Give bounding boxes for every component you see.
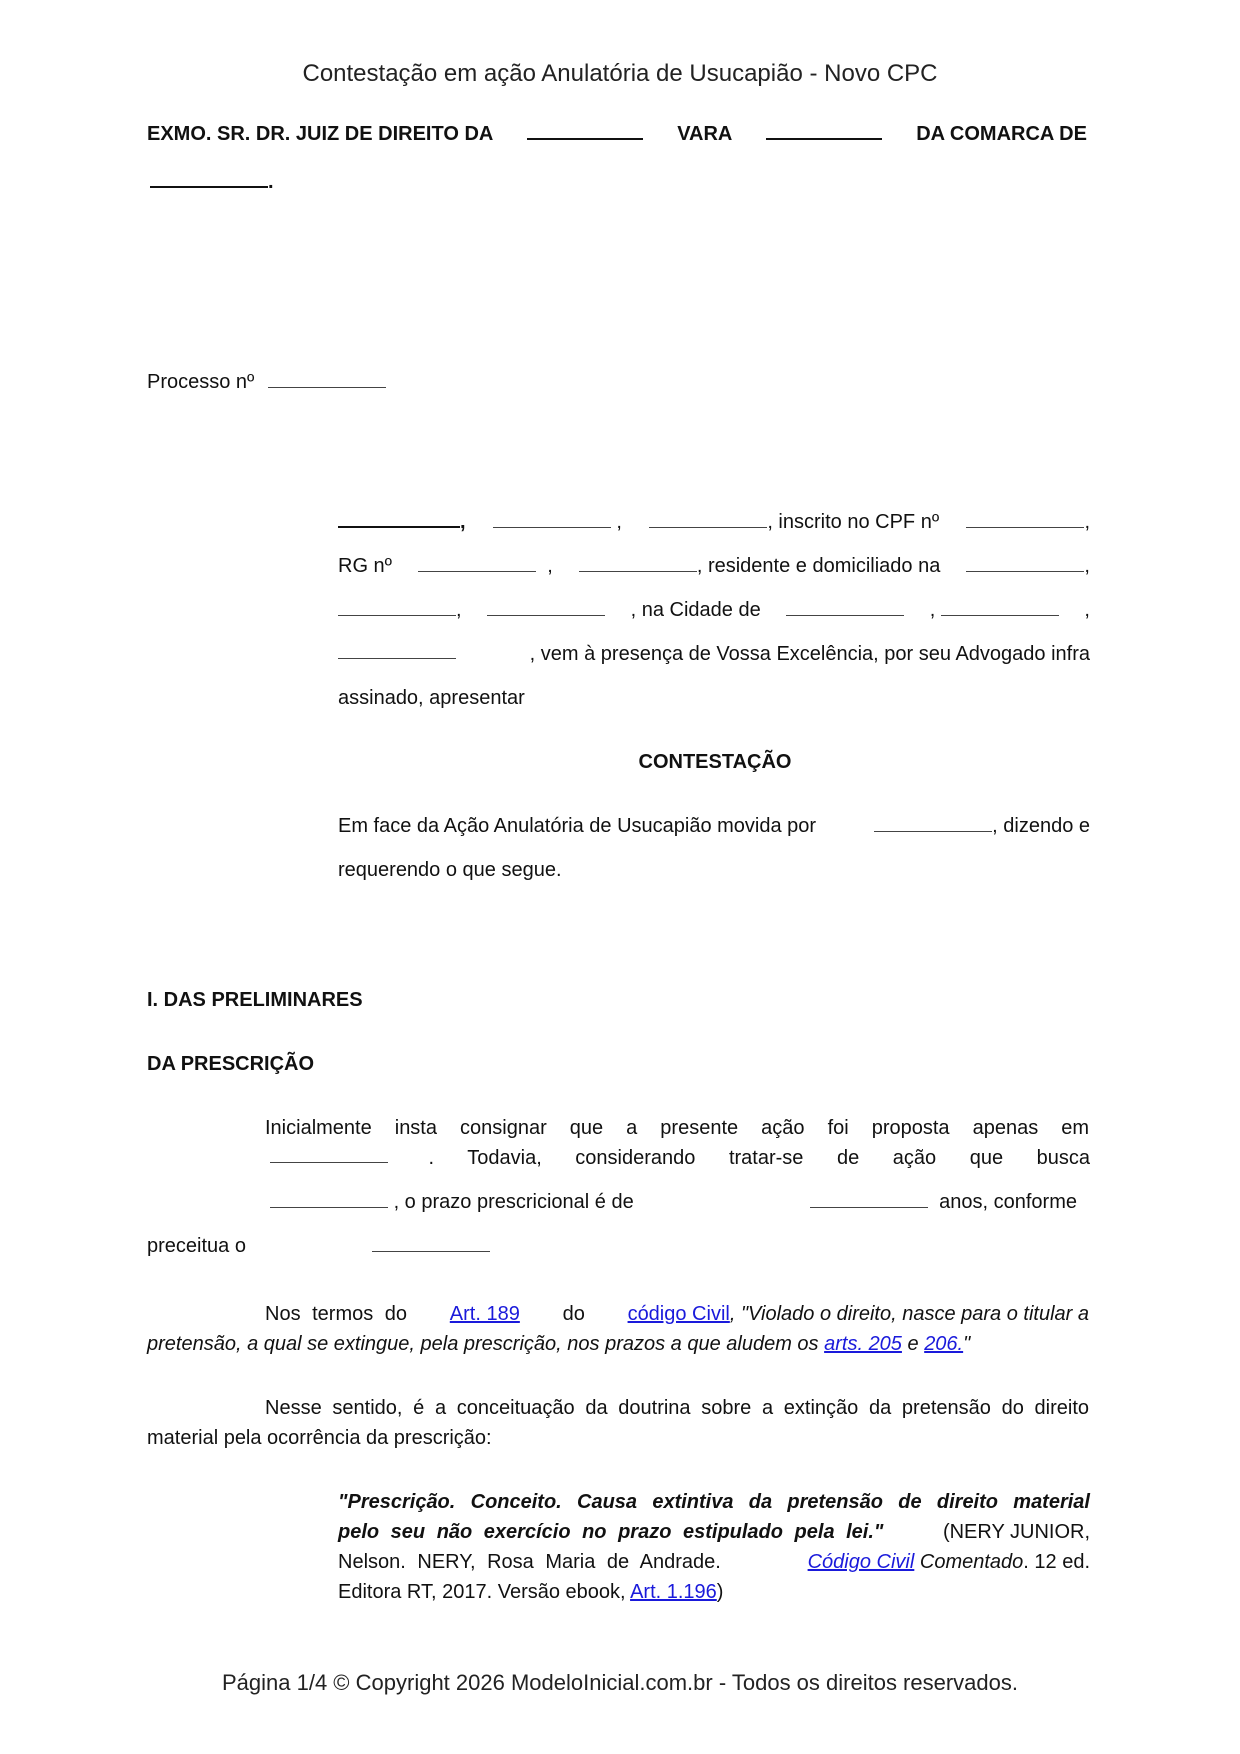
blank-field[interactable] <box>810 1189 928 1208</box>
doutrina-line-2: material pela ocorrência da prescrição: <box>147 1424 492 1452</box>
text: RG nº <box>338 552 392 580</box>
blank-field[interactable] <box>150 168 268 188</box>
link-art-1196[interactable]: Art. 1.196 <box>630 1581 717 1603</box>
text: Comentado <box>920 1551 1023 1573</box>
blank-field[interactable] <box>338 640 456 659</box>
face-line-2: requerendo o que segue. <box>338 856 562 884</box>
section-heading: I. DAS PRELIMINARES <box>147 986 363 1014</box>
doutrina-line-1: Nesse sentido, é a conceituação da doutr… <box>265 1394 1089 1422</box>
text: Editora RT, 2017. Versão ebook, <box>338 1581 626 1603</box>
quote-text: , "Violado o direito, nasce para o titul… <box>730 1303 1089 1325</box>
blank-field[interactable] <box>270 1144 388 1163</box>
addressee-line-2: . <box>150 168 274 196</box>
blank-field[interactable] <box>649 509 767 528</box>
page-footer: Página 1/4 © Copyright 2026 ModeloInicia… <box>0 1670 1240 1696</box>
text: Nos termos do <box>265 1300 407 1328</box>
process-number-field[interactable] <box>268 369 386 388</box>
subsection-heading: DA PRESCRIÇÃO <box>147 1050 314 1078</box>
qualification-line-4: , vem à presença de Vossa Excelência, po… <box>338 640 1090 668</box>
blank-field[interactable] <box>270 1189 388 1208</box>
face-line-1: Em face da Ação Anulatória de Usucapião … <box>338 812 1090 840</box>
text: Inicialmente insta consignar que a prese… <box>265 1114 1089 1142</box>
link-codigo-civil[interactable]: código Civil <box>628 1303 730 1325</box>
blank-field[interactable] <box>766 120 882 140</box>
art189-line-1: Nos termos do Art. 189 do código Civil, … <box>265 1300 1089 1328</box>
blank-field[interactable] <box>487 597 605 616</box>
qualification-line-5: assinado, apresentar <box>338 684 525 712</box>
text: (NERY JUNIOR, <box>943 1518 1090 1546</box>
blank-field[interactable] <box>579 553 697 572</box>
blank-field[interactable] <box>372 1233 490 1252</box>
blank-field[interactable] <box>786 597 904 616</box>
blank-field[interactable] <box>418 553 536 572</box>
process-label: Processo nº <box>147 371 254 393</box>
text: , dizendo e <box>992 815 1090 837</box>
citation-line-3: Nelson. NERY, Rosa Maria de Andrade. Cód… <box>338 1548 1090 1576</box>
blank-field[interactable] <box>966 509 1084 528</box>
addressee-part1: EXMO. SR. DR. JUIZ DE DIREITO DA <box>147 120 493 148</box>
text: pelo seu não exercício no prazo estipula… <box>338 1518 883 1546</box>
qualification-line-1: , , , inscrito no CPF nº , <box>338 508 1090 536</box>
link-206[interactable]: 206. <box>924 1333 963 1355</box>
text: , o prazo prescricional é de <box>394 1191 634 1213</box>
link-codigo-civil-comentado[interactable]: Código Civil <box>808 1551 915 1573</box>
blank-field[interactable] <box>966 553 1084 572</box>
art189-line-2: pretensão, a qual se extingue, pela pres… <box>147 1330 970 1358</box>
text: e <box>908 1333 919 1355</box>
addressee-line: EXMO. SR. DR. JUIZ DE DIREITO DA VARA DA… <box>147 120 1087 148</box>
addressee-end: . <box>268 171 274 193</box>
text: Em face da Ação Anulatória de Usucapião … <box>338 812 816 840</box>
blank-field[interactable] <box>874 813 992 832</box>
text: Nesse sentido, é a conceituação da doutr… <box>265 1394 1089 1422</box>
text: , vem à presença de Vossa Excelência, po… <box>530 640 1090 668</box>
addressee-part3: DA COMARCA DE <box>916 120 1087 148</box>
blank-field[interactable] <box>493 509 611 528</box>
addressee-part2: VARA <box>677 120 732 148</box>
link-arts-205[interactable]: arts. 205 <box>824 1333 902 1355</box>
prescricao-line-1: Inicialmente insta consignar que a prese… <box>265 1114 1089 1142</box>
text: do <box>563 1300 585 1328</box>
citation-line-1: "Prescrição. Conceito. Causa extintiva d… <box>338 1488 1090 1516</box>
citation-line-2: pelo seu não exercício no prazo estipula… <box>338 1518 1090 1546</box>
blank-field[interactable] <box>941 597 1059 616</box>
text: , inscrito no CPF nº <box>767 511 939 533</box>
link-art-189[interactable]: Art. 189 <box>450 1300 520 1328</box>
blank-field[interactable] <box>338 508 460 528</box>
blank-field[interactable] <box>338 597 456 616</box>
quote-text: pretensão, a qual se extingue, pela pres… <box>147 1333 819 1355</box>
text: , residente e domiciliado na <box>697 555 940 577</box>
prescricao-line-2: . Todavia, considerando tratar-se de açã… <box>270 1144 1090 1172</box>
text: "Prescrição. Conceito. Causa extintiva d… <box>338 1488 1090 1516</box>
prescricao-line-4: preceitua o <box>147 1232 490 1260</box>
text: " <box>963 1333 970 1355</box>
citation-line-4: Editora RT, 2017. Versão ebook, Art. 1.1… <box>338 1578 723 1606</box>
prescricao-line-3: , o prazo prescricional é de anos, confo… <box>270 1188 1090 1216</box>
text: anos, conforme <box>939 1191 1077 1213</box>
qualification-line-2: RG nº , , residente e domiciliado na , <box>338 552 1090 580</box>
text: ) <box>717 1581 724 1603</box>
text: Nelson. NERY, Rosa Maria de Andrade. <box>338 1548 721 1576</box>
qualification-line-3: , , na Cidade de , , <box>338 596 1090 624</box>
text: . Todavia, considerando tratar-se de açã… <box>429 1144 1091 1172</box>
blank-field[interactable] <box>527 120 643 140</box>
process-number-line: Processo nº <box>147 368 386 396</box>
text: preceitua o <box>147 1235 246 1257</box>
text: , na Cidade de <box>631 596 761 624</box>
document-title: CONTESTAÇÃO <box>0 748 1240 776</box>
document-header-title: Contestação em ação Anulatória de Usucap… <box>0 60 1240 88</box>
text: . 12 ed. <box>1023 1551 1090 1573</box>
